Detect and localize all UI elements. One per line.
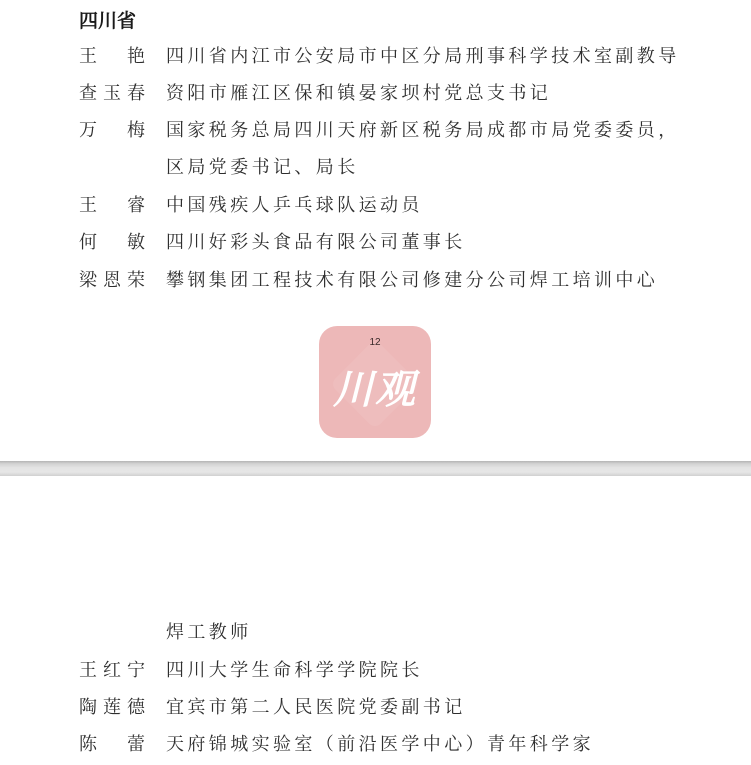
document-page-12: 四川省 王 艳 四川省内江市公安局市中区分局刑事科学技术室副教导 查 玉 春 资… [0, 0, 751, 461]
person-name: 王 艳 [79, 44, 145, 70]
person-name: 梁 恩 荣 [79, 268, 145, 294]
person-name: 陶 莲 德 [79, 695, 145, 721]
section-title-province: 四川省 [79, 6, 136, 33]
person-title: 宜宾市第二人民医院党委副书记 [166, 695, 466, 721]
chuanguan-watermark-logo: 12 川观 [319, 326, 431, 438]
person-title: 中国残疾人乒乓球队运动员 [166, 193, 423, 219]
person-title-continued: 焊工教师 [166, 620, 252, 646]
logo-text: 川观 [319, 358, 431, 415]
page-number: 12 [319, 337, 431, 348]
person-name: 查 玉 春 [79, 81, 145, 107]
person-name: 何 敏 [79, 230, 145, 256]
page-break-divider [0, 461, 751, 476]
document-page-13: 焊工教师 王 红 宁 四川大学生命科学学院院长 陶 莲 德 宜宾市第二人民医院党… [0, 476, 751, 765]
person-title: 国家税务总局四川天府新区税务局成都市局党委委员， [166, 118, 680, 144]
person-title: 攀钢集团工程技术有限公司修建分公司焊工培训中心 [166, 268, 658, 294]
person-title: 天府锦城实验室（前沿医学中心）青年科学家 [166, 732, 594, 758]
person-title: 资阳市雁江区保和镇晏家坝村党总支书记 [166, 81, 551, 107]
person-name: 陈 蕾 [79, 732, 145, 758]
person-title: 四川大学生命科学学院院长 [166, 658, 423, 684]
person-title: 四川省内江市公安局市中区分局刑事科学技术室副教导 [166, 44, 680, 70]
person-name: 王 红 宁 [79, 658, 145, 684]
person-title: 四川好彩头食品有限公司董事长 [166, 230, 466, 256]
person-name: 万 梅 [79, 118, 145, 144]
person-title-continued: 区局党委书记、局长 [166, 155, 359, 181]
person-name: 王 睿 [79, 193, 145, 219]
